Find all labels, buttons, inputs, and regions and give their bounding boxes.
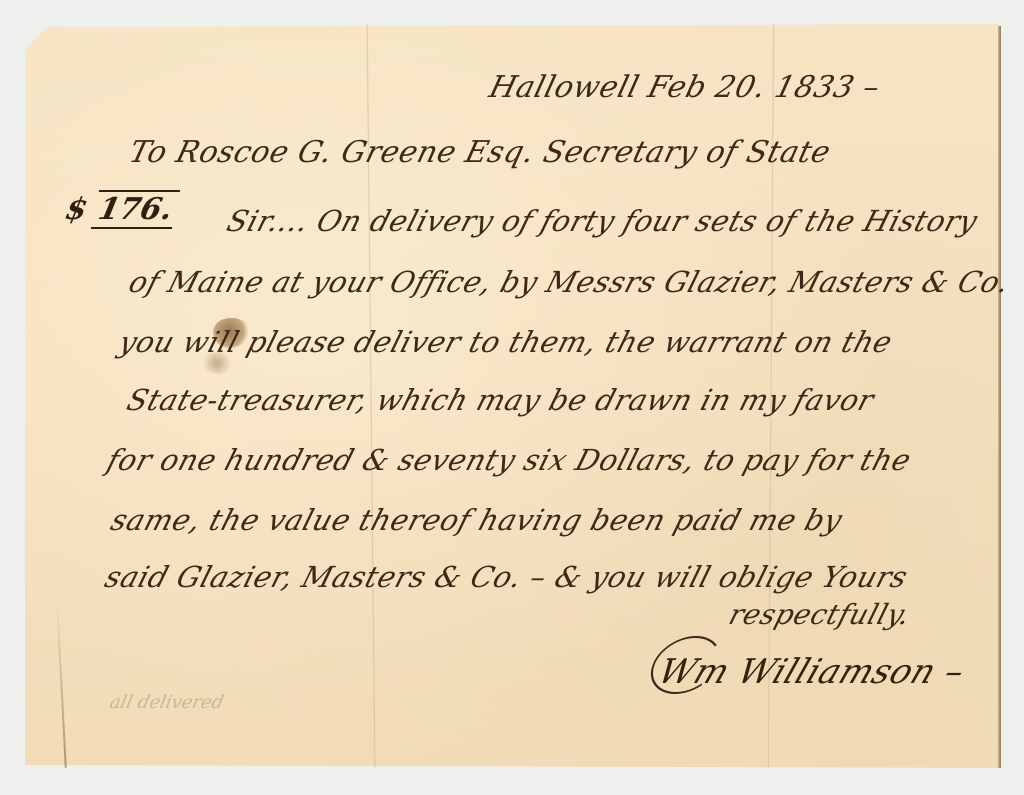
dateline: Hallowell Feb 20. 1833 – [486,70,884,105]
document-viewer: Hallowell Feb 20. 1833 – To Roscoe G. Gr… [0,0,1024,795]
signature: Wm Williamson – [653,652,971,692]
body-line: same, the value thereof having been paid… [107,503,846,537]
paper-edge-shadow [998,26,1001,768]
body-line: you will please deliver to them, the war… [115,325,896,359]
salutation: To Roscoe G. Greene Esq. Secretary of St… [126,135,835,170]
body-line: of Maine at your Office, by Messrs Glazi… [125,265,1013,299]
body-line: Sir.... On delivery of forty four sets o… [223,204,982,238]
pencil-note: all delivered [108,692,226,713]
body-line: said Glazier, Masters & Co. – & you will… [101,560,912,594]
amount-annotation: $176. [62,190,180,229]
closing: respectfully. [725,598,914,631]
body-line: for one hundred & seventy six Dollars, t… [103,443,915,477]
body-line: State-treasurer, which may be drawn in m… [123,383,878,417]
amount-value: 176. [91,190,180,229]
